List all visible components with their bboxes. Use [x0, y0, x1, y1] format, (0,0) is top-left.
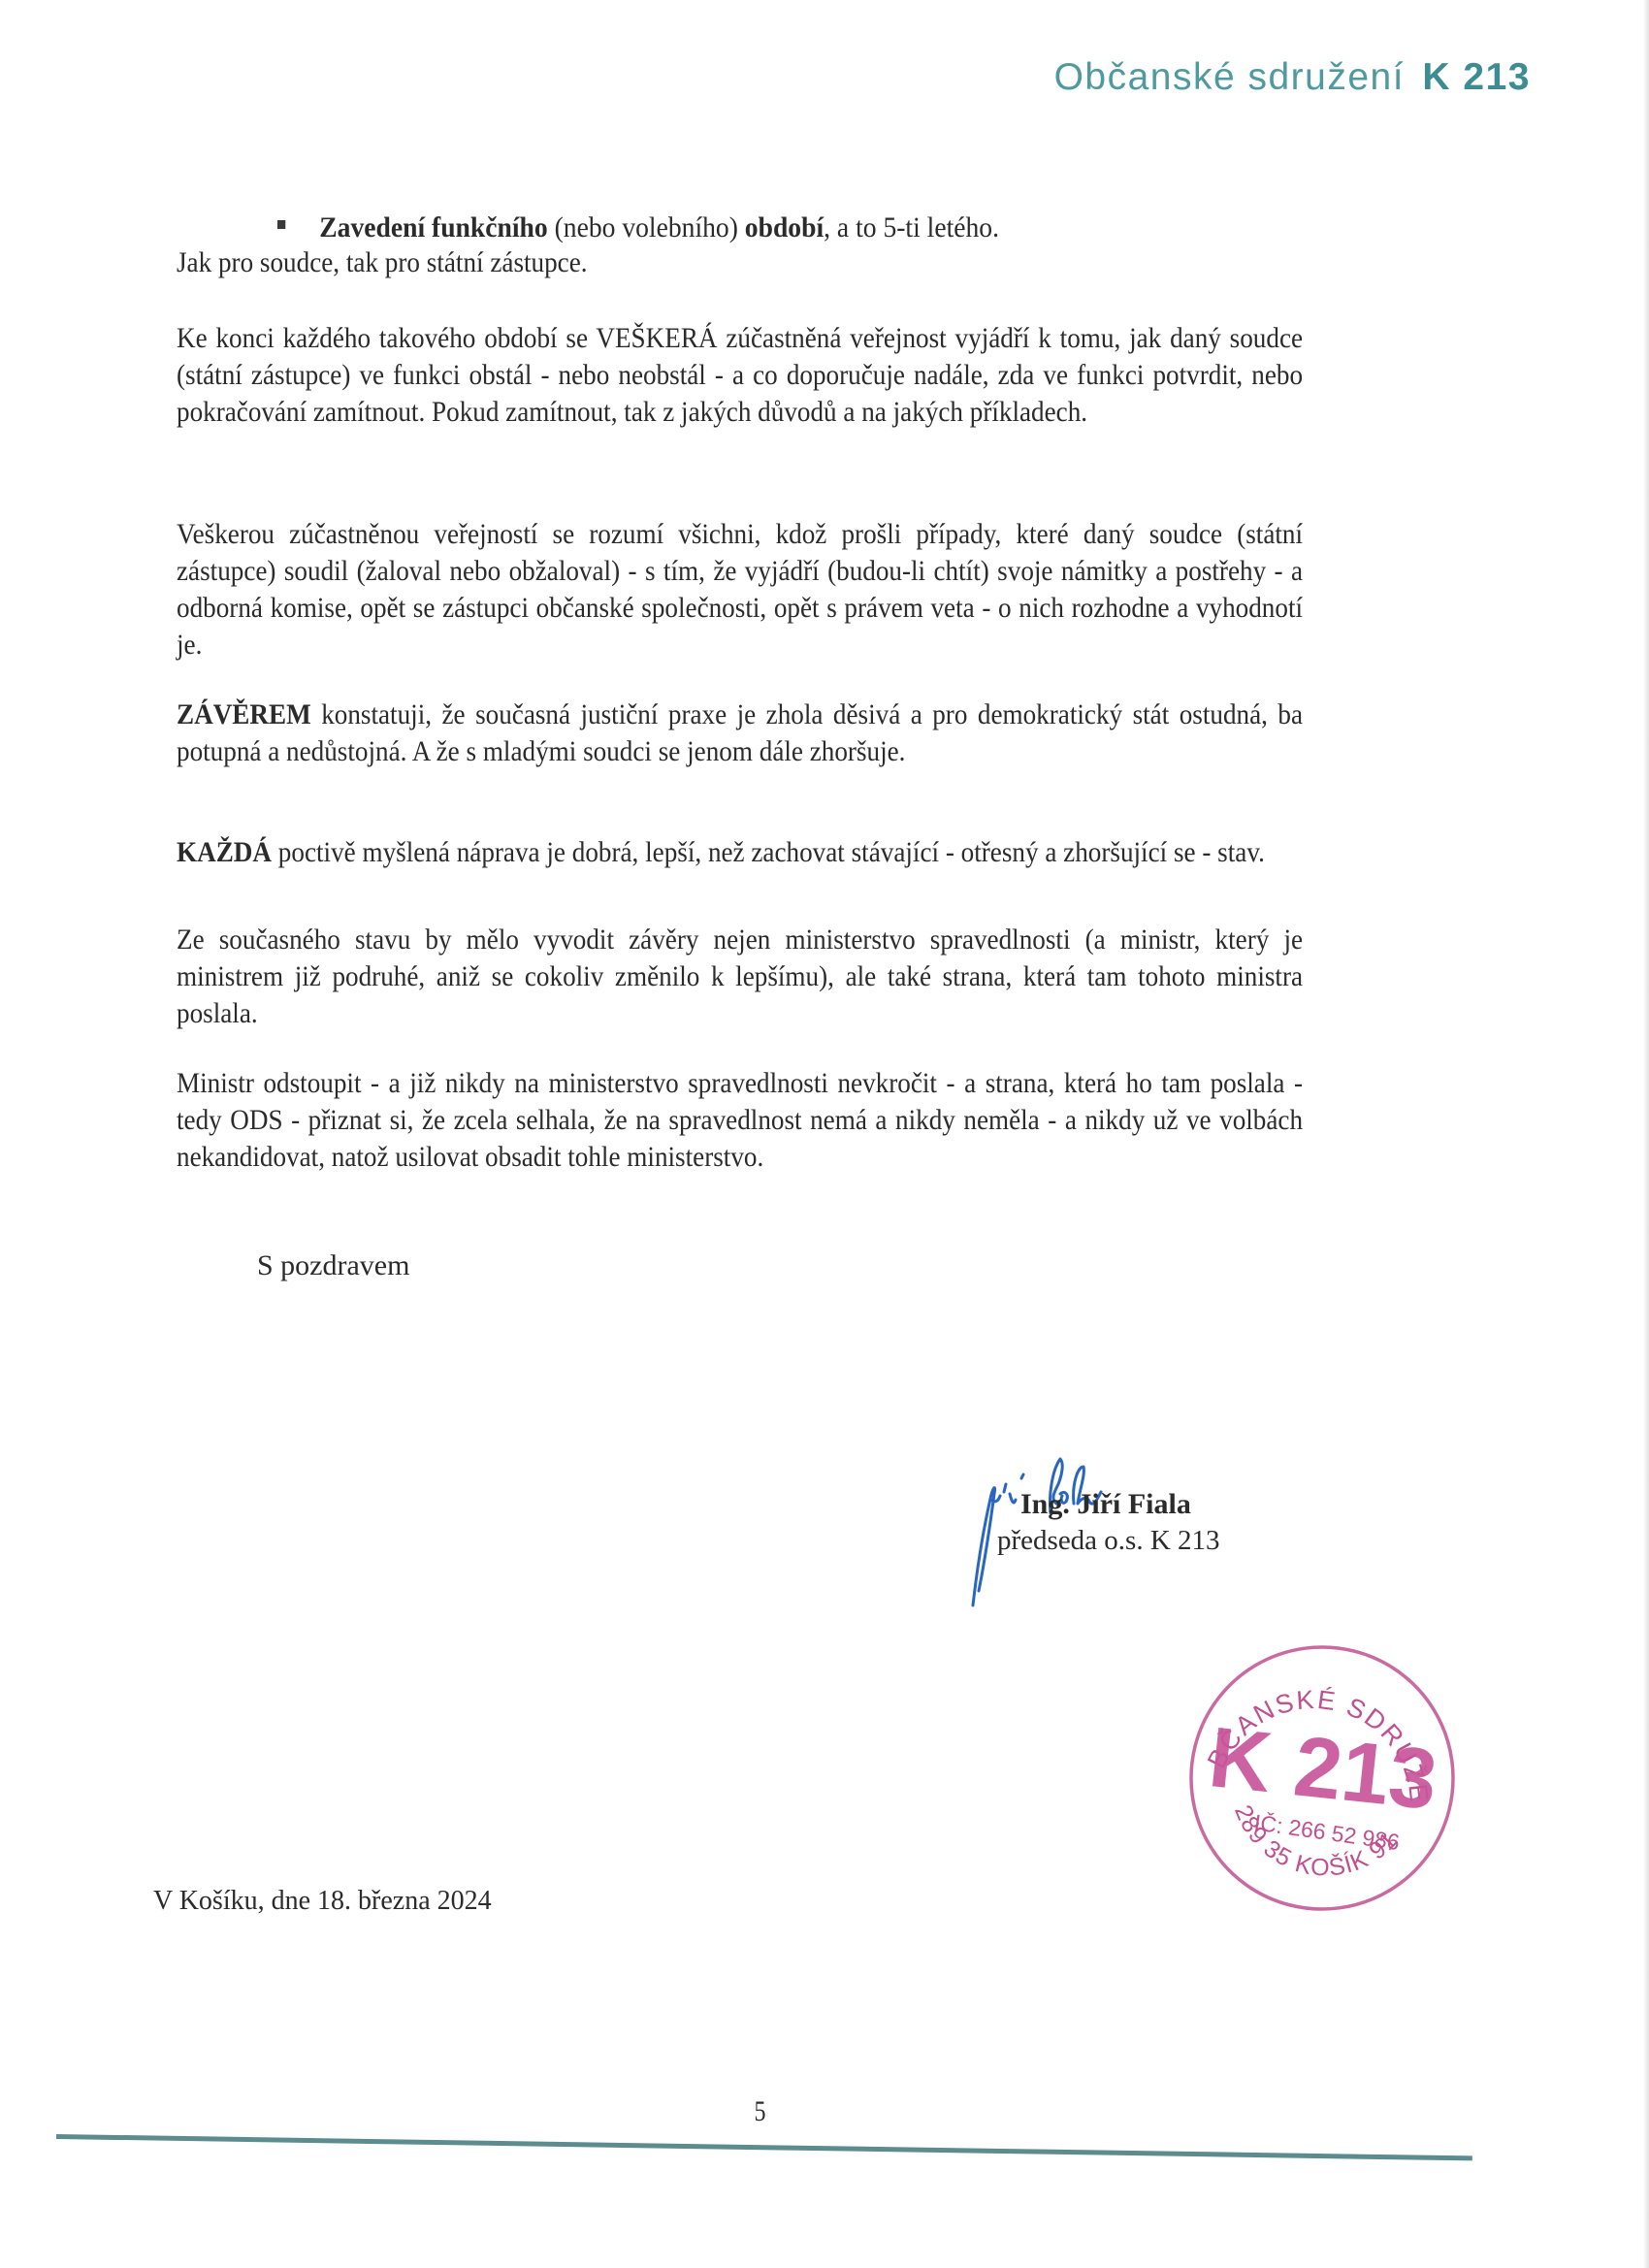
page-number: 5	[755, 2095, 766, 2128]
signer-role: předseda o.s. K 213	[997, 1525, 1220, 1557]
signer-name: Ing. Jiří Fiala	[1020, 1488, 1191, 1521]
paragraph-6: Ze současného stavu by mělo vyvodit závě…	[177, 922, 1303, 1032]
letterhead-org-name: Občanské sdružení	[1054, 56, 1406, 98]
paragraph-3: Veškerou zúčastněnou veřejností se rozum…	[177, 516, 1303, 664]
letterhead: Občanské sdružení K 213	[1054, 56, 1531, 99]
footer-divider	[56, 2134, 1472, 2160]
paragraph-remedy-lead: KAŽDÁ	[177, 837, 272, 868]
bullet-item-term-period: Zavedení funkčního (nebo volebního) obdo…	[277, 210, 999, 246]
paragraph-1: Jak pro soudce, tak pro státní zástupce.	[177, 244, 1303, 281]
bullet-normal-mid: (nebo volebního)	[548, 211, 745, 243]
page-edge-shadow	[1643, 0, 1649, 2268]
paragraph-remedy-text: poctivě myšlená náprava je dobrá, lepší,…	[272, 837, 1265, 868]
paragraph-7: Ministr odstoupit - a již nikdy na minis…	[177, 1065, 1303, 1176]
paragraph-remedy: KAŽDÁ poctivě myšlená náprava je dobrá, …	[177, 834, 1303, 871]
paragraph-conclusion-lead: ZÁVĚREM	[177, 699, 311, 730]
letterhead-org-id: K 213	[1422, 56, 1531, 98]
bullet-bold-start: Zavedení funkčního	[319, 211, 547, 243]
closing-greeting: S pozdravem	[257, 1249, 409, 1282]
paragraph-conclusion: ZÁVĚREM konstatuji, že současná justiční…	[177, 697, 1303, 770]
bullet-bold-mid: období	[745, 211, 824, 243]
paragraph-2: Ke konci každého takového období se VEŠK…	[177, 320, 1303, 431]
square-bullet-icon	[277, 220, 285, 229]
paragraph-conclusion-text: konstatuji, že současná justiční praxe j…	[177, 699, 1303, 767]
organization-stamp-icon: OBČANSKÉ SDRUŽENÍ 289 35 KOŠÍK 91 K 213 …	[1181, 1637, 1463, 1919]
bullet-normal-end: , a to 5-ti letého.	[824, 211, 999, 243]
place-and-date: V Košíku, dne 18. března 2024	[153, 1886, 492, 1917]
